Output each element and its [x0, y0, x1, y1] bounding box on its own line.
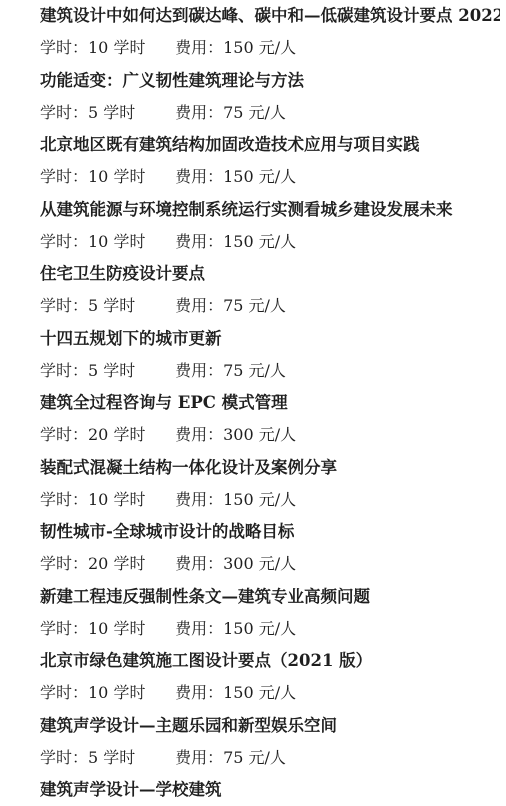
course-hours: 学时：10 学时: [40, 484, 170, 516]
course-hours: 学时：10 学时: [40, 613, 170, 645]
course-hours: 学时：10 学时: [40, 677, 170, 709]
course-entry: 新建工程违反强制性条文—建筑专业高频问题 学时：10 学时 费用：150 元/人: [40, 581, 500, 646]
course-fee: 费用：75 元/人: [175, 97, 286, 129]
course-entry: 建筑全过程咨询与 EPC 模式管理 学时：20 学时 费用：300 元/人: [40, 387, 500, 452]
course-title: 装配式混凝土结构一体化设计及案例分享: [40, 452, 500, 484]
course-list-document: 建筑设计中如何达到碳达峰、碳中和—低碳建筑设计要点 2022 学时：10 学时 …: [0, 0, 506, 806]
course-title: 北京市绿色建筑施工图设计要点（2021 版）: [40, 645, 500, 677]
course-fee: 费用：150 元/人: [175, 226, 296, 258]
course-detail: 学时：10 学时 费用：150 元/人: [40, 613, 500, 645]
course-detail: 学时：5 学时 费用：75 元/人: [40, 290, 500, 322]
course-detail: 学时：20 学时 费用：300 元/人: [40, 548, 500, 580]
course-entry: 北京地区既有建筑结构加固改造技术应用与项目实践 学时：10 学时 费用：150 …: [40, 129, 500, 194]
course-detail: 学时：10 学时 费用：150 元/人: [40, 226, 500, 258]
course-fee: 费用：75 元/人: [175, 742, 286, 774]
course-detail: 学时：10 学时 费用：150 元/人: [40, 484, 500, 516]
course-entry: 功能适变：广义韧性建筑理论与方法 学时：5 学时 费用：75 元/人: [40, 65, 500, 130]
course-entry: 建筑设计中如何达到碳达峰、碳中和—低碳建筑设计要点 2022 学时：10 学时 …: [40, 0, 500, 65]
course-hours: 学时：5 学时: [40, 97, 170, 129]
course-fee: 费用：75 元/人: [175, 355, 286, 387]
course-fee: 费用：150 元/人: [175, 484, 296, 516]
course-fee: 费用：300 元/人: [175, 548, 296, 580]
course-detail: 学时：5 学时 费用：75 元/人: [40, 97, 500, 129]
course-hours: 学时：10 学时: [40, 161, 170, 193]
course-detail: 学时：5 学时 费用：75 元/人: [40, 742, 500, 774]
course-hours: 学时：10 学时: [40, 32, 170, 64]
course-title: 建筑全过程咨询与 EPC 模式管理: [40, 387, 500, 419]
course-entry: 从建筑能源与环境控制系统运行实测看城乡建设发展未来 学时：10 学时 费用：15…: [40, 194, 500, 259]
course-entry: 韧性城市-全球城市设计的战略目标 学时：20 学时 费用：300 元/人: [40, 516, 500, 581]
course-title: 建筑声学设计—主题乐园和新型娱乐空间: [40, 710, 500, 742]
course-fee: 费用：150 元/人: [175, 32, 296, 64]
course-fee: 费用：150 元/人: [175, 677, 296, 709]
course-detail: 学时：10 学时 费用：150 元/人: [40, 677, 500, 709]
course-entry: 装配式混凝土结构一体化设计及案例分享 学时：10 学时 费用：150 元/人: [40, 452, 500, 517]
course-entry: 建筑声学设计—主题乐园和新型娱乐空间 学时：5 学时 费用：75 元/人: [40, 710, 500, 775]
course-fee: 费用：300 元/人: [175, 419, 296, 451]
course-title: 建筑声学设计—学校建筑: [40, 774, 500, 806]
course-title: 建筑设计中如何达到碳达峰、碳中和—低碳建筑设计要点 2022: [40, 0, 500, 32]
course-detail: 学时：10 学时 费用：150 元/人: [40, 161, 500, 193]
course-title: 从建筑能源与环境控制系统运行实测看城乡建设发展未来: [40, 194, 500, 226]
course-title: 住宅卫生防疫设计要点: [40, 258, 500, 290]
course-fee: 费用：75 元/人: [175, 290, 286, 322]
course-entry: 住宅卫生防疫设计要点 学时：5 学时 费用：75 元/人: [40, 258, 500, 323]
course-hours: 学时：5 学时: [40, 742, 170, 774]
course-detail: 学时：10 学时 费用：150 元/人: [40, 32, 500, 64]
course-hours: 学时：20 学时: [40, 548, 170, 580]
course-fee: 费用：150 元/人: [175, 613, 296, 645]
course-hours: 学时：5 学时: [40, 355, 170, 387]
course-entry: 北京市绿色建筑施工图设计要点（2021 版） 学时：10 学时 费用：150 元…: [40, 645, 500, 710]
course-detail: 学时：20 学时 费用：300 元/人: [40, 419, 500, 451]
course-hours: 学时：5 学时: [40, 290, 170, 322]
course-title: 功能适变：广义韧性建筑理论与方法: [40, 65, 500, 97]
course-fee: 费用：150 元/人: [175, 161, 296, 193]
course-hours: 学时：20 学时: [40, 419, 170, 451]
course-title: 北京地区既有建筑结构加固改造技术应用与项目实践: [40, 129, 500, 161]
course-hours: 学时：10 学时: [40, 226, 170, 258]
course-entry: 十四五规划下的城市更新 学时：5 学时 费用：75 元/人: [40, 323, 500, 388]
course-title: 新建工程违反强制性条文—建筑专业高频问题: [40, 581, 500, 613]
course-title: 韧性城市-全球城市设计的战略目标: [40, 516, 500, 548]
course-detail: 学时：5 学时 费用：75 元/人: [40, 355, 500, 387]
course-entry: 建筑声学设计—学校建筑: [40, 774, 500, 806]
course-title: 十四五规划下的城市更新: [40, 323, 500, 355]
